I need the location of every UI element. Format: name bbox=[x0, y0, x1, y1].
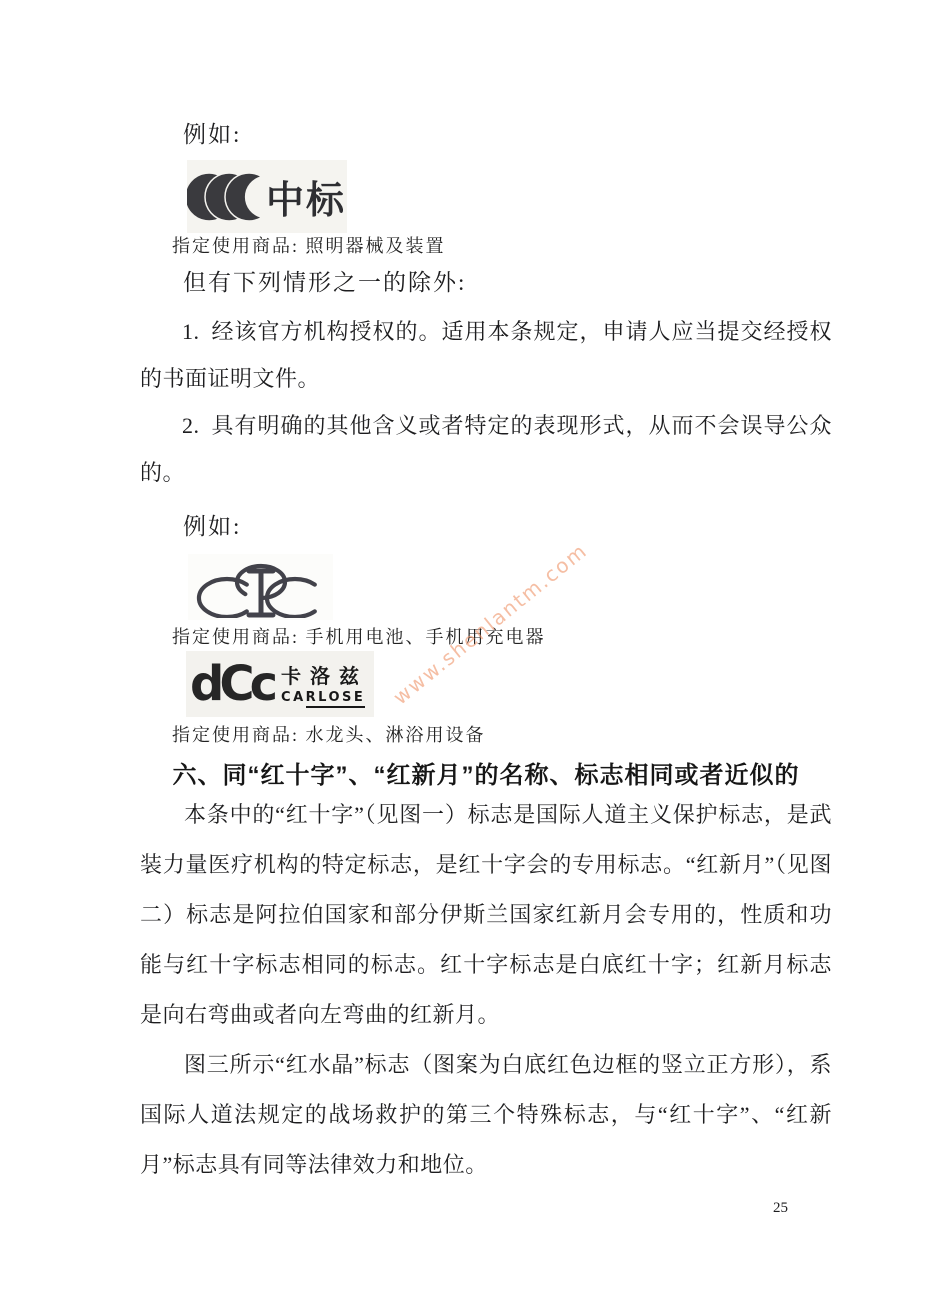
body-paragraph-2: 图三所示“红水晶”标志（图案为白底红色边框的竖立正方形），系国际人道法规定的战场… bbox=[140, 1040, 832, 1190]
carlose-en-name: CARLOSE bbox=[281, 689, 368, 707]
document-page: 例如: 中标 指定使用商品: 照明器械及装置 但有下列情形之一的除外: 1. 经… bbox=[0, 0, 930, 1316]
csic-rings-logo bbox=[188, 554, 333, 620]
ccc-logo-cn-text: 中标 bbox=[266, 180, 343, 222]
example-label-2: 例如: bbox=[183, 512, 241, 542]
carlose-logo: dCc 卡洛兹 CARLOSE bbox=[186, 651, 374, 717]
carlose-en-prefix: CA bbox=[281, 690, 306, 705]
carlose-ccc-mark-icon: dCc bbox=[190, 654, 273, 714]
ccc-crescents-icon: 中标 bbox=[187, 166, 343, 228]
example-label-1: 例如: bbox=[183, 120, 241, 150]
exception-item-2: 2. 具有明确的其他含义或者特定的表现形式，从而不会误导公众的。 bbox=[140, 402, 832, 496]
exception-items: 1. 经该官方机构授权的。适用本条规定，申请人应当提交经授权的书面证明文件。 2… bbox=[140, 308, 832, 496]
site-watermark: www.shenlantm.com bbox=[388, 538, 592, 709]
exception-item-1: 1. 经该官方机构授权的。适用本条规定，申请人应当提交经授权的书面证明文件。 bbox=[140, 308, 832, 402]
designated-goods-caption-1: 指定使用商品: 照明器械及装置 bbox=[172, 235, 446, 257]
designated-goods-caption-3: 指定使用商品: 水龙头、淋浴用设备 bbox=[172, 724, 486, 746]
ccc-zhongbiao-logo: 中标 bbox=[187, 160, 347, 233]
section-body: 本条中的“红十字”（见图一）标志是国际人道主义保护标志，是武装力量医疗机构的特定… bbox=[140, 790, 832, 1190]
page-number: 25 bbox=[773, 1200, 788, 1217]
csic-rings-icon bbox=[191, 556, 331, 618]
carlose-cn-name: 卡洛兹 bbox=[281, 665, 368, 689]
body-paragraph-1: 本条中的“红十字”（见图一）标志是国际人道主义保护标志，是武装力量医疗机构的特定… bbox=[140, 790, 832, 1040]
exception-intro-line: 但有下列情形之一的除外: bbox=[183, 268, 466, 298]
designated-goods-caption-2: 指定使用商品: 手机用电池、手机用充电器 bbox=[172, 626, 546, 648]
carlose-en-suffix: RLOSE bbox=[306, 690, 366, 708]
carlose-logo-text: 卡洛兹 CARLOSE bbox=[281, 665, 368, 707]
